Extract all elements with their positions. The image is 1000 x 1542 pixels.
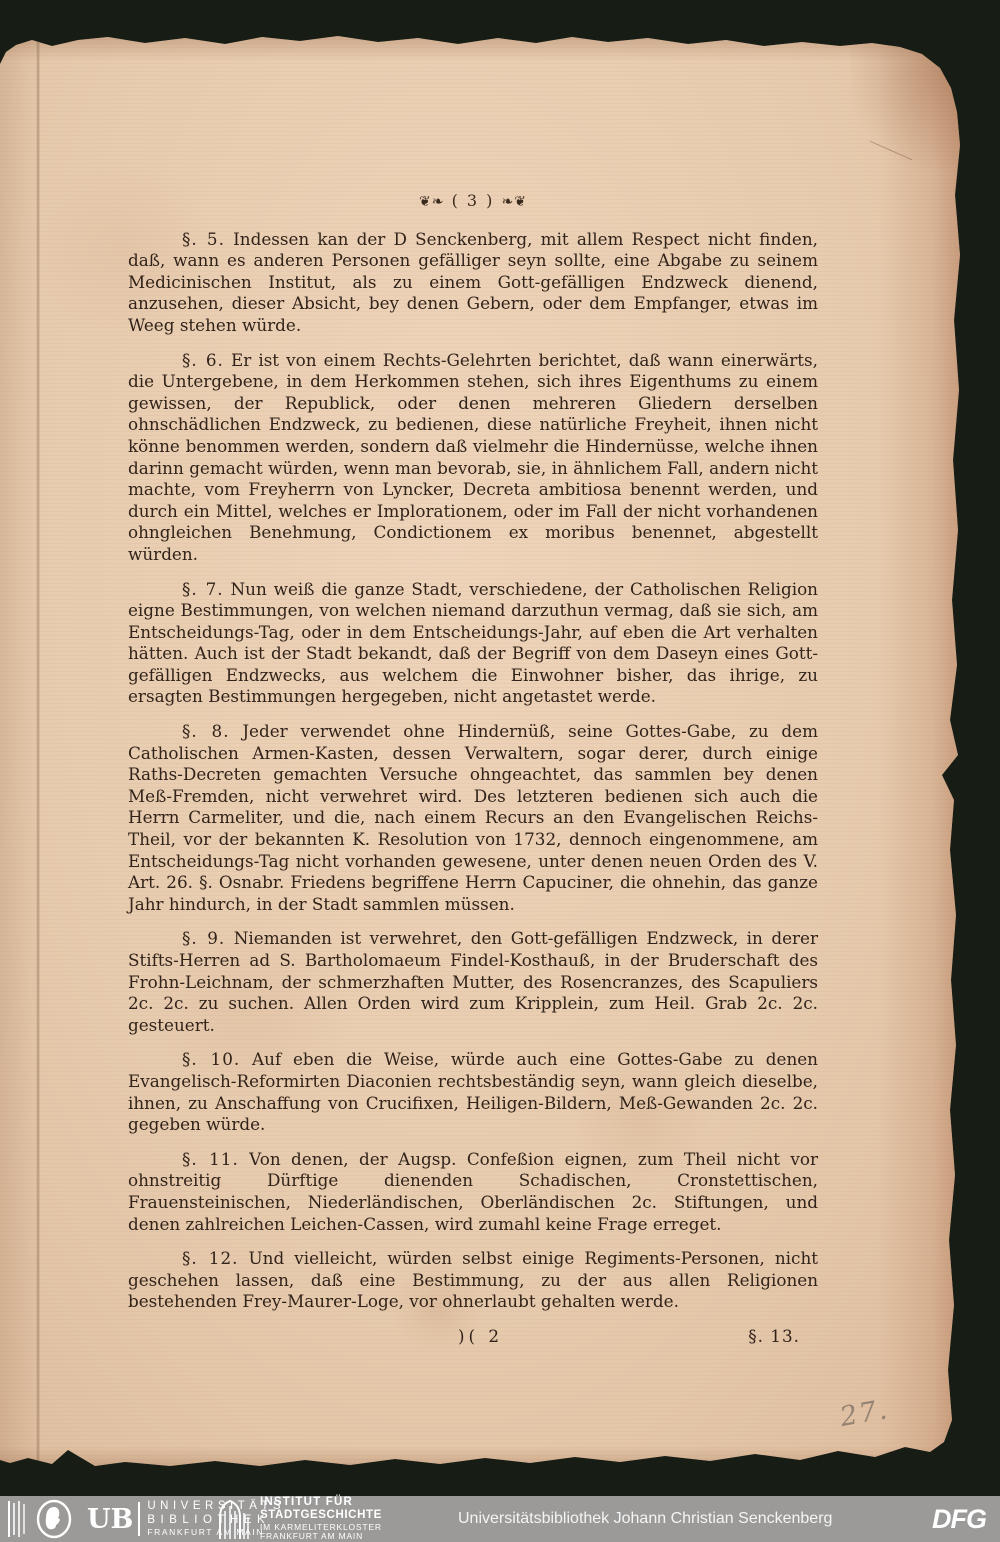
institute-logo: INSTITUT FÜR STADTGESCHICHTE IM KARMELIT… xyxy=(216,1499,382,1539)
ub-divider xyxy=(138,1502,140,1536)
fleuron-left-icon: ❦❧ xyxy=(419,194,444,210)
book-page: ❦❧ ( 3 ) ❧❦ §. 5. Indessen kan der D Sen… xyxy=(0,0,1000,1496)
fleuron-right-icon: ❧❦ xyxy=(502,194,527,210)
institute-line2: STADTGESCHICHTE xyxy=(260,1509,382,1522)
catchword: §. 13. xyxy=(748,1326,800,1348)
section-number: §. 12. xyxy=(182,1248,238,1268)
paragraph-section-8: §. 8. Jeder verwendet ohne Hindernüß, se… xyxy=(128,721,818,915)
paragraph-section-7: §. 7. Nun weiß die ganze Stadt, verschie… xyxy=(128,579,818,709)
scanned-page-background: ❦❧ ( 3 ) ❧❦ §. 5. Indessen kan der D Sen… xyxy=(0,0,1000,1496)
page-number: ( 3 ) xyxy=(452,191,495,210)
institute-wordmark: INSTITUT FÜR STADTGESCHICHTE IM KARMELIT… xyxy=(260,1496,382,1542)
paragraph-section-11: §. 11. Von denen, der Augsp. Confeßion e… xyxy=(128,1149,818,1235)
goethe-portrait-icon xyxy=(6,1499,84,1539)
section-number: §. 7. xyxy=(182,579,224,599)
section-text: Er ist von einem Rechts-Gelehrten berich… xyxy=(128,350,818,564)
institute-line1: INSTITUT FÜR xyxy=(260,1496,382,1509)
ub-abbreviation: UB xyxy=(87,1506,133,1533)
section-number: §. 11. xyxy=(182,1149,239,1169)
page-top-edge-shadow xyxy=(0,33,1000,61)
paragraph-section-10: §. 10. Auf eben die Weise, würde auch ei… xyxy=(128,1049,818,1135)
page-gutter-shadow xyxy=(0,36,36,1466)
printed-text-block: ❦❧ ( 3 ) ❧❦ §. 5. Indessen kan der D Sen… xyxy=(128,190,818,1352)
signature-mark: )( 2 xyxy=(458,1326,503,1348)
section-text: Indessen kan der D Senckenberg, mit alle… xyxy=(128,229,818,335)
section-number: §. 6. xyxy=(182,350,224,370)
section-number: §. 5. xyxy=(182,229,225,249)
paragraph-section-5: §. 5. Indessen kan der D Senckenberg, mi… xyxy=(128,229,818,337)
pencil-annotation: 27. xyxy=(838,1394,892,1433)
section-number: §. 9. xyxy=(182,928,225,948)
section-text: Jeder verwendet ohne Hindernüß, seine Go… xyxy=(128,721,818,914)
institute-line4: FRANKFURT AM MAIN xyxy=(260,1532,382,1542)
paper-tear-mark xyxy=(870,141,912,161)
footer-bar: UB UNIVERSITÄTS BIBLIOTHEK FRANKFURT AM … xyxy=(0,1496,1000,1542)
page-bottom-edge-shadow xyxy=(0,1446,1000,1468)
gothic-window-icon xyxy=(216,1499,252,1539)
paragraph-section-12: §. 12. Und vielleicht, würden selbst ein… xyxy=(128,1248,818,1313)
paragraph-section-6: §. 6. Er ist von einem Rechts-Gelehrten … xyxy=(128,350,818,566)
section-number: §. 10. xyxy=(182,1049,240,1069)
page-right-edge-shadow xyxy=(878,40,962,1466)
dfg-logo: DFG xyxy=(932,1496,986,1542)
binding-crease xyxy=(36,36,40,1466)
library-name: Universitätsbibliothek Johann Christian … xyxy=(458,1496,832,1542)
page-header: ❦❧ ( 3 ) ❧❦ xyxy=(128,190,818,214)
section-number: §. 8. xyxy=(182,721,230,741)
page-corner-shadow xyxy=(850,40,970,170)
paragraph-section-9: §. 9. Niemanden ist verwehret, den Gott-… xyxy=(128,928,818,1036)
section-text: Nun weiß die ganze Stadt, verschiedene, … xyxy=(128,579,818,707)
section-text: Niemanden ist verwehret, den Gott-gefäll… xyxy=(128,928,818,1034)
signature-line: )( 2 §. 13. xyxy=(128,1326,818,1352)
